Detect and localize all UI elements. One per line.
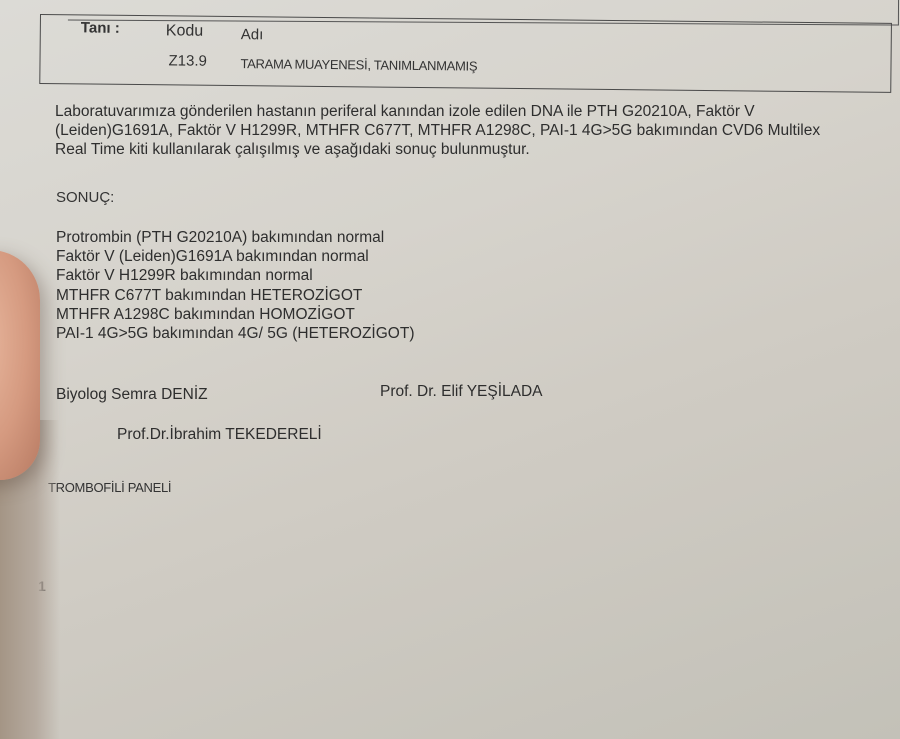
signature-biologist: Biyolog Semra DENİZ xyxy=(56,386,208,404)
intro-line: (Leiden)G1691A, Faktör V H1299R, MTHFR C… xyxy=(55,121,895,140)
result-item: PAI-1 4G>5G bakımından 4G/ 5G (HETEROZİG… xyxy=(56,324,414,343)
intro-line: Laboratuvarımıza gönderilen hastanın per… xyxy=(55,102,895,121)
signature-prof-yesilada: Prof. Dr. Elif YEŞİLADA xyxy=(380,383,543,401)
result-item: Faktör V (Leiden)G1691A bakımından norma… xyxy=(56,247,414,266)
diagnosis-box: Tanı : Kodu Adı Z13.9 TARAMA MUAYENESİ, … xyxy=(39,14,892,93)
result-item: Protrombin (PTH G20210A) bakımından norm… xyxy=(56,228,414,247)
result-item: MTHFR A1298C bakımından HOMOZİGOT xyxy=(56,305,414,324)
result-title: SONUÇ: xyxy=(56,189,114,206)
diagnosis-label: Tanı : xyxy=(81,19,120,36)
diagnosis-name: TARAMA MUAYENESİ, TANIMLANMAMIŞ xyxy=(240,56,477,73)
results-list: Protrombin (PTH G20210A) bakımından norm… xyxy=(56,228,414,343)
code-header: Kodu xyxy=(166,22,204,40)
name-header: Adı xyxy=(241,26,264,43)
signature-prof-tekedereli: Prof.Dr.İbrahim TEKEDERELİ xyxy=(117,426,322,444)
result-item: Faktör V H1299R bakımından normal xyxy=(56,266,414,285)
intro-paragraph: Laboratuvarımıza gönderilen hastanın per… xyxy=(55,102,895,159)
intro-line: Real Time kiti kullanılarak çalışılmış v… xyxy=(55,140,895,159)
result-item: MTHFR C677T bakımından HETEROZİGOT xyxy=(56,286,414,305)
finger-thumb xyxy=(0,250,40,480)
diagnosis-code: Z13.9 xyxy=(168,52,207,69)
panel-name: TROMBOFİLİ PANELİ xyxy=(48,480,171,495)
